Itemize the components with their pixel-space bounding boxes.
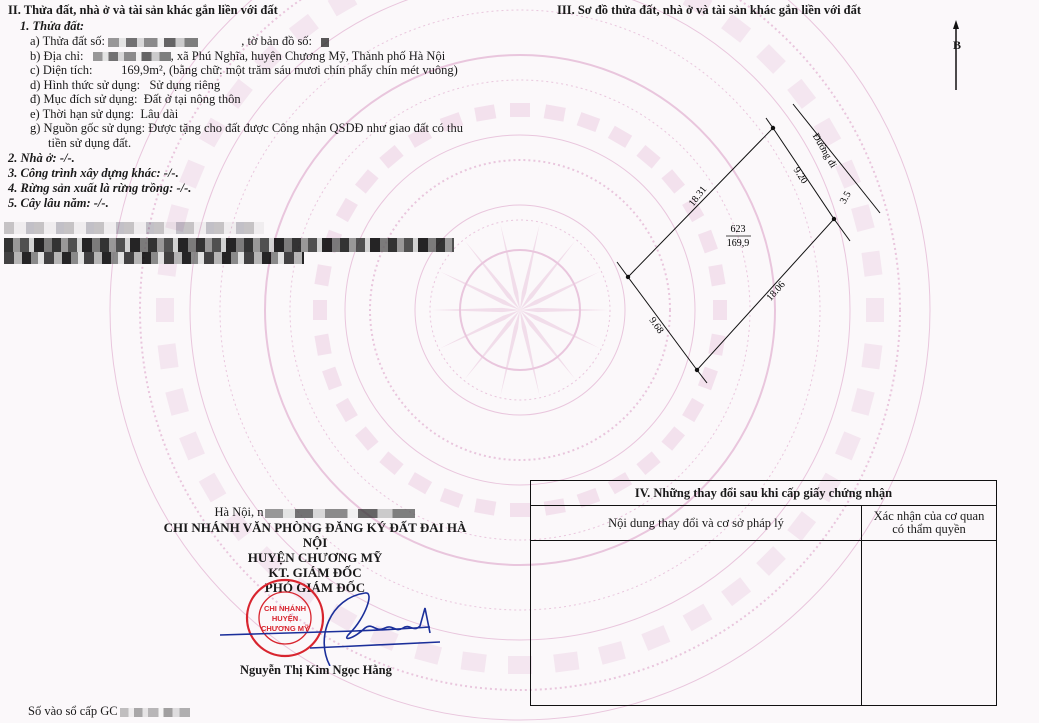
svg-text:HUYỆN: HUYỆN bbox=[272, 614, 298, 623]
column-header-change-content: Nội dung thay đổi và cơ sở pháp lý bbox=[531, 506, 862, 541]
area-label: c) Diện tích: bbox=[30, 63, 118, 78]
origin-value-cont: tiền sử dụng đất. bbox=[8, 136, 463, 151]
perennial-trees-item: 5. Cây lâu năm: -/-. bbox=[8, 196, 463, 211]
change-content-cell bbox=[531, 541, 862, 706]
term-label: e) Thời hạn sử dụng: bbox=[30, 107, 134, 121]
parcel-number-row: a) Thửa đất số: , tờ bản đồ số: bbox=[8, 34, 463, 49]
north-label: B bbox=[953, 38, 961, 53]
planted-forest-item: 4. Rừng sản xuất là rừng trồng: -/-. bbox=[8, 181, 463, 196]
stamp-icon: CHI NHÁNH HUYỆN CHƯƠNG MỸ bbox=[247, 580, 323, 656]
map-sheet-label: , tờ bản đồ số: bbox=[201, 34, 312, 48]
redacted-notes bbox=[4, 218, 454, 274]
section-ii-title: II. Thửa đất, nhà ở và tài sản khác gắn … bbox=[8, 3, 463, 18]
signature-scribble bbox=[220, 593, 440, 666]
purpose-label: đ) Mục đích sử dụng: bbox=[30, 92, 137, 106]
svg-text:9.20: 9.20 bbox=[791, 165, 810, 186]
svg-text:Đường đi: Đường đi bbox=[810, 131, 839, 170]
parcel-diagram: 18.31 9.20 18.06 9.68 Đường đi 3.5 623 1… bbox=[600, 80, 900, 400]
place-date: Hà Nội, n bbox=[215, 505, 264, 519]
area-row: c) Diện tích: 169,9m², (bằng chữ: một tr… bbox=[8, 63, 463, 78]
parcel-number-label: a) Thửa đất số: bbox=[30, 34, 105, 48]
section-ii: II. Thửa đất, nhà ở và tài sản khác gắn … bbox=[8, 3, 463, 211]
redacted-date bbox=[265, 509, 415, 518]
purpose-value: Đất ở tại nông thôn bbox=[144, 92, 241, 106]
svg-text:9.68: 9.68 bbox=[647, 315, 666, 336]
land-heading: 1. Thửa đất: bbox=[8, 19, 463, 34]
area-value: 169,9m², (bằng chữ: một trăm sáu mươi ch… bbox=[121, 63, 458, 77]
section-iii-title: III. Sơ đồ thửa đất, nhà ở và tài sản kh… bbox=[557, 3, 861, 18]
house-item: 2. Nhà ở: -/-. bbox=[8, 151, 463, 166]
term-value: Lâu dài bbox=[140, 107, 178, 121]
changes-table-title: IV. Những thay đổi sau khi cấp giấy chứn… bbox=[531, 481, 997, 506]
changes-table: IV. Những thay đổi sau khi cấp giấy chứn… bbox=[530, 480, 997, 706]
origin-row: g) Nguồn gốc sử dụng: Được tặng cho đất … bbox=[8, 121, 463, 136]
redacted-registry-number bbox=[120, 708, 190, 717]
registry-number-row: Số vào sổ cấp GC bbox=[28, 704, 190, 719]
svg-text:3.5: 3.5 bbox=[838, 190, 854, 206]
address-row: b) Địa chỉ: , xã Phú Nghĩa, huyện Chương… bbox=[8, 49, 463, 64]
address-value: , xã Phú Nghĩa, huyện Chương Mỹ, Thành p… bbox=[171, 49, 446, 63]
use-form-row: d) Hình thức sử dụng: Sử dụng riêng bbox=[8, 78, 463, 93]
signer-name: Nguyễn Thị Kim Ngọc Hằng bbox=[240, 663, 392, 678]
svg-text:169,9: 169,9 bbox=[727, 238, 750, 249]
svg-text:CHI NHÁNH: CHI NHÁNH bbox=[264, 604, 306, 613]
purpose-row: đ) Mục đích sử dụng: Đất ở tại nông thôn bbox=[8, 92, 463, 107]
place-date-row: Hà Nội, n bbox=[150, 505, 480, 520]
other-construction-item: 3. Công trình xây dựng khác: -/-. bbox=[8, 166, 463, 181]
use-form-value: Sử dụng riêng bbox=[149, 78, 220, 92]
north-arrow-icon bbox=[948, 20, 968, 90]
term-row: e) Thời hạn sử dụng: Lâu dài bbox=[8, 107, 463, 122]
authority-confirmation-cell bbox=[862, 541, 997, 706]
official-stamp-and-signature: CHI NHÁNH HUYỆN CHƯƠNG MỸ bbox=[215, 578, 445, 666]
redacted-parcel-number bbox=[108, 38, 198, 47]
redacted-map-sheet bbox=[321, 38, 329, 47]
svg-text:623: 623 bbox=[731, 224, 746, 235]
svg-text:18.06: 18.06 bbox=[765, 279, 788, 303]
org-line-1: CHI NHÁNH VĂN PHÒNG ĐĂNG KÝ ĐẤT ĐAI HÀ N… bbox=[150, 520, 480, 550]
origin-label: g) Nguồn gốc sử dụng: bbox=[30, 121, 145, 135]
redacted-address bbox=[93, 52, 171, 61]
registry-number-label: Số vào sổ cấp GC bbox=[28, 704, 118, 718]
use-form-label: d) Hình thức sử dụng: bbox=[30, 78, 140, 92]
address-label: b) Địa chỉ: bbox=[30, 49, 83, 63]
origin-value: Được tặng cho đất được Công nhận QSDĐ nh… bbox=[148, 121, 463, 135]
column-header-authority-confirmation: Xác nhận của cơ quan có thẩm quyền bbox=[862, 506, 997, 541]
org-line-2: HUYỆN CHƯƠNG MỸ bbox=[150, 550, 480, 565]
svg-text:CHƯƠNG MỸ: CHƯƠNG MỸ bbox=[261, 624, 309, 633]
